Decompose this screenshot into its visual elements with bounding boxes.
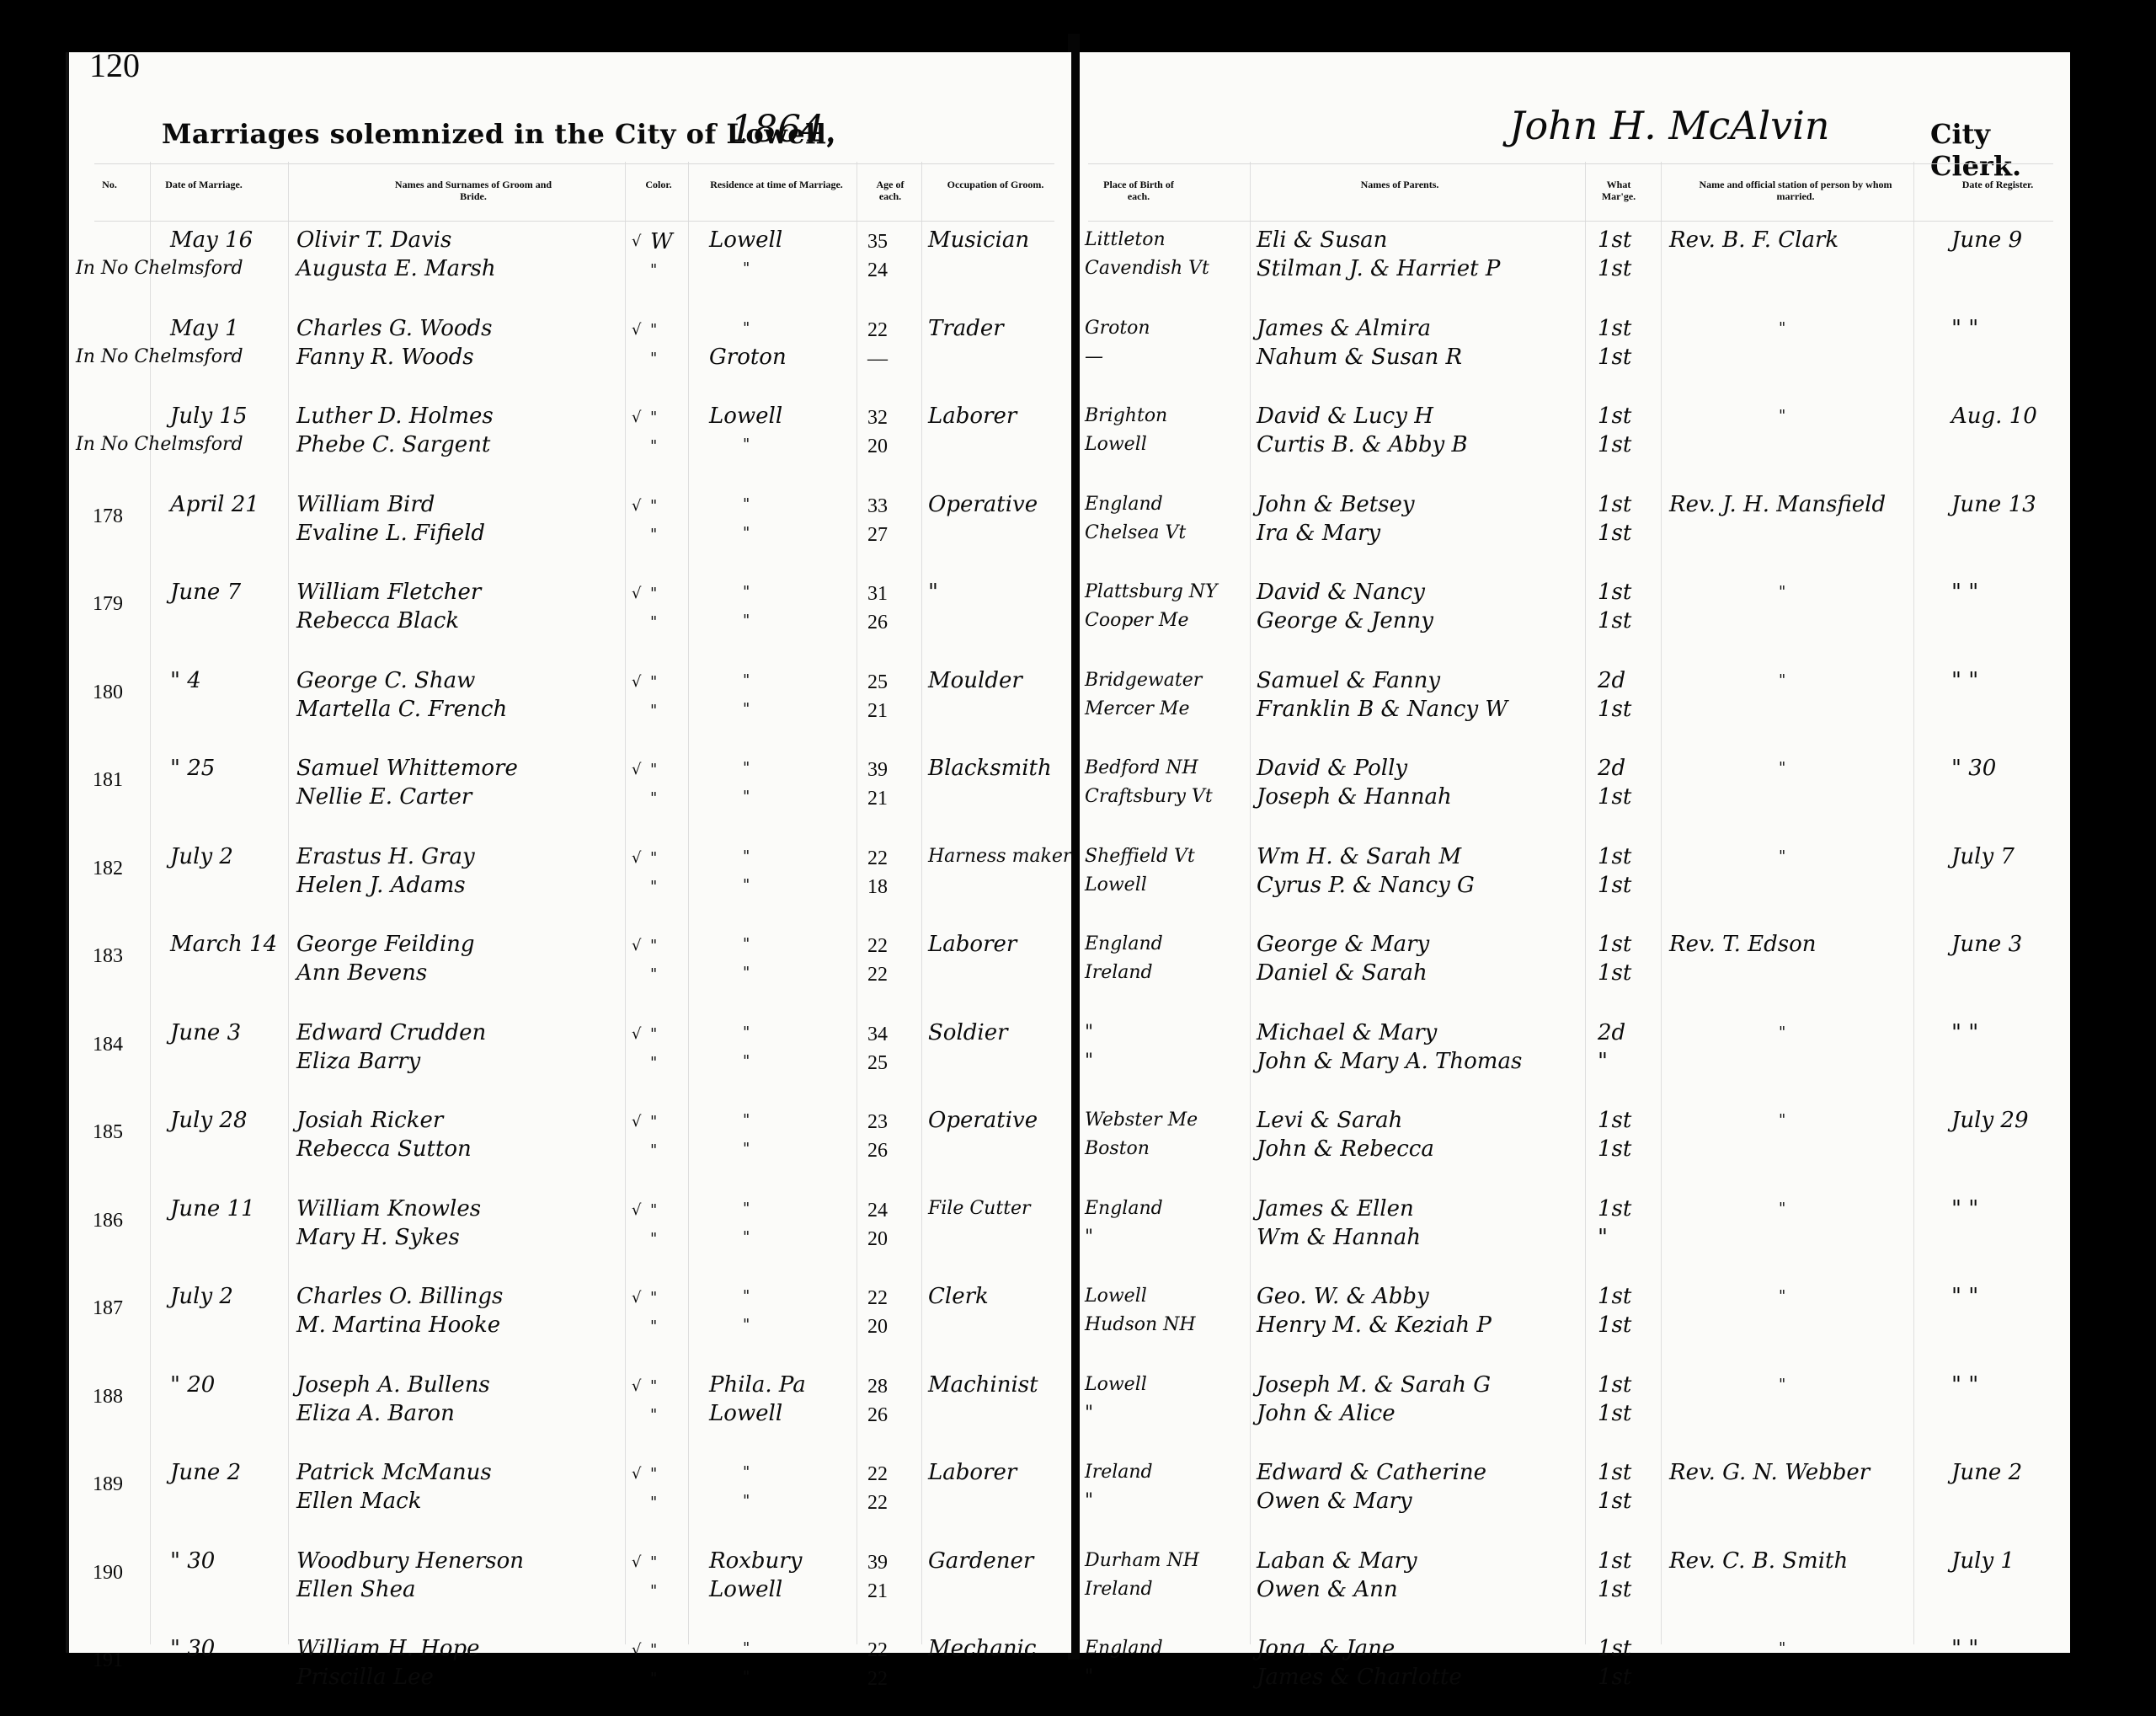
bride-parents: Joseph & Hannah (1257, 783, 1452, 810)
groom-name: Charles O. Billings (296, 1283, 503, 1310)
groom-marriage-number: 1st (1598, 403, 1631, 430)
marriage-place-note: In No Chelmsford (76, 255, 243, 282)
marriage-date: July 2 (170, 843, 233, 870)
groom-parents: John & Betsey (1257, 491, 1415, 518)
marriage-date: " 30 (170, 1635, 215, 1662)
bride-marriage-number: 1st (1598, 872, 1631, 899)
bride-color: " (650, 1313, 657, 1340)
bride-marriage-number: 1st (1598, 783, 1631, 810)
groom-occupation: Mechanic (928, 1635, 1036, 1662)
bride-age: 25 (867, 1050, 888, 1077)
groom-marriage-number: 1st (1598, 1548, 1631, 1574)
entry-number: 185 (93, 1119, 123, 1146)
officiant: " (1779, 1371, 1785, 1398)
register-date: " " (1951, 315, 1978, 342)
officiant: " (1779, 1195, 1785, 1222)
clerk-signature: John H. McAlvin (1509, 103, 1830, 148)
bride-color: " (650, 257, 657, 284)
bride-age: 21 (867, 785, 888, 812)
bride-name: Ann Bevens (296, 960, 427, 986)
bride-parents: Franklin B & Nancy W (1257, 696, 1508, 723)
groom-parents: David & Lucy H (1257, 403, 1433, 430)
groom-name: Erastus H. Gray (296, 843, 475, 870)
col-header-register-date: Date of Register. (1947, 179, 2048, 190)
groom-age: 22 (867, 1637, 888, 1664)
groom-residence: " (743, 667, 750, 694)
officiant: " (1779, 755, 1785, 782)
groom-parents: Levi & Sarah (1257, 1107, 1402, 1134)
groom-age: 23 (867, 1109, 888, 1136)
groom-color: " (650, 669, 657, 696)
groom-age: 39 (867, 756, 888, 783)
bride-age: 21 (867, 698, 888, 724)
groom-color: " (650, 1285, 657, 1312)
groom-color: " (650, 404, 657, 431)
groom-parents: Laban & Mary (1257, 1548, 1417, 1574)
groom-occupation: Moulder (928, 667, 1022, 694)
register-date: June 2 (1951, 1459, 2022, 1486)
bride-age: 20 (867, 433, 888, 460)
bride-age: 18 (867, 874, 888, 901)
bride-marriage-number: 1st (1598, 344, 1631, 371)
bride-birthplace: Lowell (1085, 431, 1147, 458)
groom-name: Josiah Ricker (296, 1107, 443, 1134)
bride-residence: " (743, 520, 750, 547)
groom-birthplace: Plattsburg NY (1085, 579, 1218, 606)
col-header-names: Names and Surnames of Groom and Bride. (381, 179, 566, 202)
officiant: " (1779, 1107, 1785, 1134)
bride-name: Helen J. Adams (296, 872, 466, 899)
bride-residence: Lowell (709, 1576, 782, 1603)
groom-occupation: Clerk (928, 1283, 989, 1310)
bride-birthplace: Chelsea Vt (1085, 520, 1186, 547)
officiant: Rev. J. H. Mansfield (1669, 491, 1886, 518)
bride-parents: Cyrus P. & Nancy G (1257, 872, 1475, 899)
bride-residence: " (743, 431, 750, 458)
groom-color: " (650, 933, 657, 960)
groom-occupation: Laborer (928, 1459, 1017, 1486)
bride-color: " (650, 698, 657, 724)
marriage-date: May 1 (170, 315, 239, 342)
groom-birthplace: Lowell (1085, 1283, 1147, 1310)
bride-residence: Lowell (709, 1400, 782, 1427)
groom-occupation: Trader (928, 315, 1004, 342)
bride-marriage-number: " (1598, 1224, 1608, 1251)
bride-parents: John & Alice (1257, 1400, 1396, 1427)
bride-marriage-number: 1st (1598, 1312, 1631, 1339)
groom-parents: Edward & Catherine (1257, 1459, 1486, 1486)
bride-residence: " (743, 1136, 750, 1163)
groom-color: " (650, 756, 657, 783)
register-date: " " (1951, 667, 1978, 694)
groom-parents: Samuel & Fanny (1257, 667, 1440, 694)
register-date: " " (1951, 1019, 1978, 1046)
bride-parents: Henry M. & Keziah P (1257, 1312, 1492, 1339)
bride-birthplace: Cooper Me (1085, 607, 1188, 634)
bride-color: " (650, 874, 657, 901)
bride-color: " (650, 1402, 657, 1429)
groom-birthplace: " (1085, 1019, 1093, 1046)
bride-parents: Owen & Ann (1257, 1576, 1398, 1603)
col-header-no: No. (93, 179, 126, 190)
officiant: " (1779, 315, 1785, 342)
groom-name: William Knowles (296, 1195, 481, 1222)
groom-age: 22 (867, 845, 888, 872)
register-date: Aug. 10 (1951, 403, 2037, 430)
bride-birthplace: Boston (1085, 1136, 1150, 1163)
register-date: " " (1951, 1283, 1978, 1310)
groom-residence: " (743, 579, 750, 606)
col-header-date: Date of Marriage. (153, 179, 254, 190)
groom-occupation: File Cutter (928, 1195, 1031, 1222)
entry-number: 184 (93, 1031, 123, 1058)
bride-birthplace: " (1085, 1664, 1093, 1691)
groom-marriage-number: 2d (1598, 667, 1625, 694)
check-mark: √ (632, 493, 641, 520)
bride-birthplace: " (1085, 1048, 1093, 1075)
register-date: July 7 (1951, 843, 2015, 870)
groom-residence: " (743, 843, 750, 870)
bride-birthplace: " (1085, 1488, 1093, 1515)
right-page: John H. McAlvin City Clerk. Place of Bir… (1080, 52, 2070, 1653)
marriage-date: June 2 (170, 1459, 241, 1486)
register-date: June 9 (1951, 227, 2022, 254)
groom-residence: " (743, 315, 750, 342)
groom-parents: David & Polly (1257, 755, 1407, 782)
groom-color: " (650, 1461, 657, 1488)
groom-name: Patrick McManus (296, 1459, 492, 1486)
check-mark: √ (632, 1021, 641, 1048)
groom-parents: Geo. W. & Abby (1257, 1283, 1429, 1310)
groom-parents: George & Mary (1257, 931, 1429, 958)
marriage-date: July 15 (170, 403, 248, 430)
bride-color: " (650, 1226, 657, 1253)
bride-parents: George & Jenny (1257, 607, 1433, 634)
officiant: " (1779, 843, 1785, 870)
groom-marriage-number: 1st (1598, 579, 1631, 606)
bride-birthplace: " (1085, 1400, 1093, 1427)
groom-birthplace: Groton (1085, 315, 1150, 342)
check-mark: √ (632, 1285, 641, 1312)
bride-marriage-number: " (1598, 1048, 1608, 1075)
groom-color: " (650, 1637, 657, 1664)
check-mark: √ (632, 1549, 641, 1576)
bride-name: Eliza A. Baron (296, 1400, 455, 1427)
bride-age: 21 (867, 1578, 888, 1605)
groom-parents: James & Almira (1257, 315, 1431, 342)
officiant: Rev. C. B. Smith (1669, 1548, 1848, 1574)
groom-residence: " (743, 1459, 750, 1486)
page-number: 120 (89, 45, 140, 85)
bride-residence: " (743, 960, 750, 986)
marriage-date: March 14 (170, 931, 277, 958)
groom-marriage-number: 1st (1598, 931, 1631, 958)
bride-marriage-number: 1st (1598, 960, 1631, 986)
groom-parents: Eli & Susan (1257, 227, 1387, 254)
check-mark: √ (632, 1109, 641, 1136)
groom-name: William Fletcher (296, 579, 481, 606)
bride-birthplace: Craftsbury Vt (1085, 783, 1213, 810)
groom-residence: " (743, 1635, 750, 1662)
bride-parents: Stilman J. & Harriet P (1257, 255, 1500, 282)
bride-residence: Groton (709, 344, 787, 371)
bride-age: 26 (867, 1402, 888, 1429)
groom-occupation: Soldier (928, 1019, 1008, 1046)
check-mark: √ (632, 580, 641, 607)
entry-number: 190 (93, 1559, 123, 1586)
groom-color: " (650, 1373, 657, 1400)
bride-residence: " (743, 783, 750, 810)
bride-parents: Ira & Mary (1257, 520, 1380, 547)
bride-age: 22 (867, 961, 888, 988)
bride-birthplace: Ireland (1085, 960, 1153, 986)
col-header-age: Age of each. (865, 179, 915, 202)
bride-color: " (650, 785, 657, 812)
bride-color: " (650, 1137, 657, 1164)
bride-name: Mary H. Sykes (296, 1224, 460, 1251)
officiant: " (1779, 667, 1785, 694)
col-header-officiant: Name and official station of person by w… (1699, 179, 1892, 202)
marriage-date: April 21 (170, 491, 259, 518)
groom-residence: " (743, 491, 750, 518)
bride-age: — (867, 345, 888, 372)
groom-marriage-number: 2d (1598, 1019, 1625, 1046)
entry-number: 182 (93, 855, 123, 882)
officiant: " (1779, 1019, 1785, 1046)
groom-name: George C. Shaw (296, 667, 475, 694)
register-date: " " (1951, 1195, 1978, 1222)
groom-name: Joseph A. Bullens (296, 1371, 490, 1398)
groom-birthplace: England (1085, 1635, 1163, 1662)
groom-residence: " (743, 755, 750, 782)
register-date: July 29 (1951, 1107, 2029, 1134)
groom-birthplace: Brighton (1085, 403, 1167, 430)
groom-birthplace: Sheffield Vt (1085, 843, 1195, 870)
groom-name: Woodbury Henerson (296, 1548, 524, 1574)
bride-birthplace: Mercer Me (1085, 696, 1189, 723)
groom-name: Edward Crudden (296, 1019, 486, 1046)
groom-occupation: Operative (928, 1107, 1038, 1134)
groom-color: " (650, 1549, 657, 1576)
groom-parents: David & Nancy (1257, 579, 1425, 606)
entry-number: 178 (93, 503, 123, 530)
marriage-date: " 4 (170, 667, 201, 694)
register-date: " " (1951, 1635, 1978, 1662)
bride-color: " (650, 1050, 657, 1077)
groom-residence: Lowell (709, 227, 782, 254)
bride-name: Martella C. French (296, 696, 507, 723)
groom-age: 35 (867, 228, 888, 255)
groom-age: 25 (867, 669, 888, 696)
groom-residence: " (743, 931, 750, 958)
groom-marriage-number: 1st (1598, 1371, 1631, 1398)
groom-parents: Joseph M. & Sarah G (1257, 1371, 1491, 1398)
groom-marriage-number: 1st (1598, 843, 1631, 870)
register-date: June 13 (1951, 491, 2036, 518)
bride-marriage-number: 1st (1598, 1400, 1631, 1427)
check-mark: √ (632, 228, 641, 255)
bride-name: Nellie E. Carter (296, 783, 472, 810)
bride-parents: Daniel & Sarah (1257, 960, 1428, 986)
groom-name: Samuel Whittemore (296, 755, 518, 782)
groom-occupation: Musician (928, 227, 1029, 254)
groom-parents: Wm H. & Sarah M (1257, 843, 1461, 870)
groom-marriage-number: 2d (1598, 755, 1625, 782)
groom-age: 22 (867, 1461, 888, 1488)
bride-marriage-number: 1st (1598, 520, 1631, 547)
groom-birthplace: England (1085, 1195, 1163, 1222)
groom-name: William H. Hope (296, 1635, 480, 1662)
entry-number: 179 (93, 591, 123, 617)
groom-marriage-number: 1st (1598, 491, 1631, 518)
marriage-date: " 25 (170, 755, 215, 782)
bride-parents: John & Mary A. Thomas (1257, 1048, 1522, 1075)
bride-color: " (650, 345, 657, 372)
bride-age: 20 (867, 1226, 888, 1253)
marriage-date: June 7 (170, 579, 241, 606)
entry-number: 188 (93, 1383, 123, 1410)
groom-name: Charles G. Woods (296, 315, 493, 342)
bride-parents: John & Rebecca (1257, 1136, 1434, 1163)
groom-age: 22 (867, 933, 888, 960)
groom-occupation: Laborer (928, 931, 1017, 958)
groom-birthplace: Bridgewater (1085, 667, 1202, 694)
bride-name: Ellen Mack (296, 1488, 421, 1515)
bride-birthplace: Hudson NH (1085, 1312, 1196, 1339)
bride-marriage-number: 1st (1598, 1136, 1631, 1163)
groom-name: Luther D. Holmes (296, 403, 494, 430)
register-date: " " (1951, 1371, 1978, 1398)
bride-residence: " (743, 1312, 750, 1339)
register-date: " " (1951, 579, 1978, 606)
groom-birthplace: England (1085, 491, 1163, 518)
groom-marriage-number: 1st (1598, 227, 1631, 254)
bride-name: Evaline L. Fifield (296, 520, 485, 547)
bride-parents: James & Charlotte (1257, 1664, 1462, 1691)
bride-name: Rebecca Sutton (296, 1136, 472, 1163)
check-mark: √ (632, 1373, 641, 1400)
groom-name: George Feilding (296, 931, 475, 958)
check-mark: √ (632, 317, 641, 344)
marriage-date: June 3 (170, 1019, 241, 1046)
bride-marriage-number: 1st (1598, 607, 1631, 634)
bride-age: 26 (867, 609, 888, 636)
bride-marriage-number: 1st (1598, 255, 1631, 282)
officiant: Rev. T. Edson (1669, 931, 1817, 958)
groom-residence: Roxbury (709, 1548, 802, 1574)
groom-parents: Jona. & Jane (1257, 1635, 1395, 1662)
groom-birthplace: Lowell (1085, 1371, 1147, 1398)
check-mark: √ (632, 1637, 641, 1664)
bride-name: Rebecca Black (296, 607, 459, 634)
bride-residence: " (743, 607, 750, 634)
bride-parents: Curtis B. & Abby B (1257, 431, 1468, 458)
groom-residence: " (743, 1195, 750, 1222)
bride-color: " (650, 961, 657, 988)
groom-occupation: Laborer (928, 403, 1017, 430)
check-mark: √ (632, 1461, 641, 1488)
groom-birthplace: England (1085, 931, 1163, 958)
entry-number: 189 (93, 1471, 123, 1498)
entry-number: 186 (93, 1207, 123, 1234)
col-header-residence: Residence at time of Marriage. (709, 179, 844, 190)
col-header-what-marriage: What Mar'ge. (1589, 179, 1648, 202)
col-header-occupation: Occupation of Groom. (941, 179, 1050, 190)
register-date: " 30 (1951, 755, 1996, 782)
register-date: June 3 (1951, 931, 2022, 958)
bride-name: Ellen Shea (296, 1576, 415, 1603)
bride-age: 22 (867, 1489, 888, 1516)
groom-birthplace: Bedford NH (1085, 755, 1198, 782)
marriage-date: May 16 (170, 227, 253, 254)
bride-birthplace: Cavendish Vt (1085, 255, 1209, 282)
groom-color: W (650, 228, 673, 255)
bride-age: 22 (867, 1665, 888, 1692)
officiant: " (1779, 1283, 1785, 1310)
register-year: 1864. (730, 108, 836, 151)
check-mark: √ (632, 404, 641, 431)
col-header-birthplace: Place of Birth of each. (1097, 179, 1181, 202)
entry-number: 183 (93, 943, 123, 970)
groom-age: 34 (867, 1021, 888, 1048)
groom-age: 22 (867, 1285, 888, 1312)
groom-birthplace: Durham NH (1085, 1548, 1199, 1574)
bride-marriage-number: 1st (1598, 1488, 1631, 1515)
groom-color: " (650, 1021, 657, 1048)
register-date: July 1 (1951, 1548, 2015, 1574)
bride-birthplace: Ireland (1085, 1576, 1153, 1603)
check-mark: √ (632, 933, 641, 960)
bride-age: 20 (867, 1313, 888, 1340)
marriage-place-note: In No Chelmsford (76, 431, 243, 458)
groom-occupation: Blacksmith (928, 755, 1052, 782)
check-mark: √ (632, 845, 641, 872)
bride-marriage-number: 1st (1598, 696, 1631, 723)
groom-age: 22 (867, 317, 888, 344)
groom-age: 28 (867, 1373, 888, 1400)
bride-name: Fanny R. Woods (296, 344, 474, 371)
marriage-date: July 2 (170, 1283, 233, 1310)
groom-residence: " (743, 1019, 750, 1046)
groom-color: " (650, 1109, 657, 1136)
bride-color: " (650, 1665, 657, 1692)
bride-color: " (650, 521, 657, 548)
groom-parents: Michael & Mary (1257, 1019, 1437, 1046)
officiant: " (1779, 1635, 1785, 1662)
marriage-date: July 28 (170, 1107, 248, 1134)
bride-color: " (650, 609, 657, 636)
bride-name: Eliza Barry (296, 1048, 420, 1075)
bride-birthplace: — (1085, 344, 1103, 371)
bride-color: " (650, 1578, 657, 1605)
entry-number: 181 (93, 767, 123, 794)
officiant: " (1779, 403, 1785, 430)
bride-residence: " (743, 872, 750, 899)
groom-marriage-number: 1st (1598, 1107, 1631, 1134)
groom-birthplace: Littleton (1085, 227, 1166, 254)
groom-marriage-number: 1st (1598, 1195, 1631, 1222)
col-header-color: Color. (633, 179, 684, 190)
groom-color: " (650, 493, 657, 520)
groom-occupation: Machinist (928, 1371, 1038, 1398)
bride-color: " (650, 433, 657, 460)
bride-residence: " (743, 255, 750, 282)
groom-occupation: Harness maker (928, 843, 1071, 870)
marriage-place-note: In No Chelmsford (76, 344, 243, 371)
bride-color: " (650, 1489, 657, 1516)
clerk-title: City Clerk. (1930, 118, 2070, 182)
marriage-date: June 11 (170, 1195, 255, 1222)
